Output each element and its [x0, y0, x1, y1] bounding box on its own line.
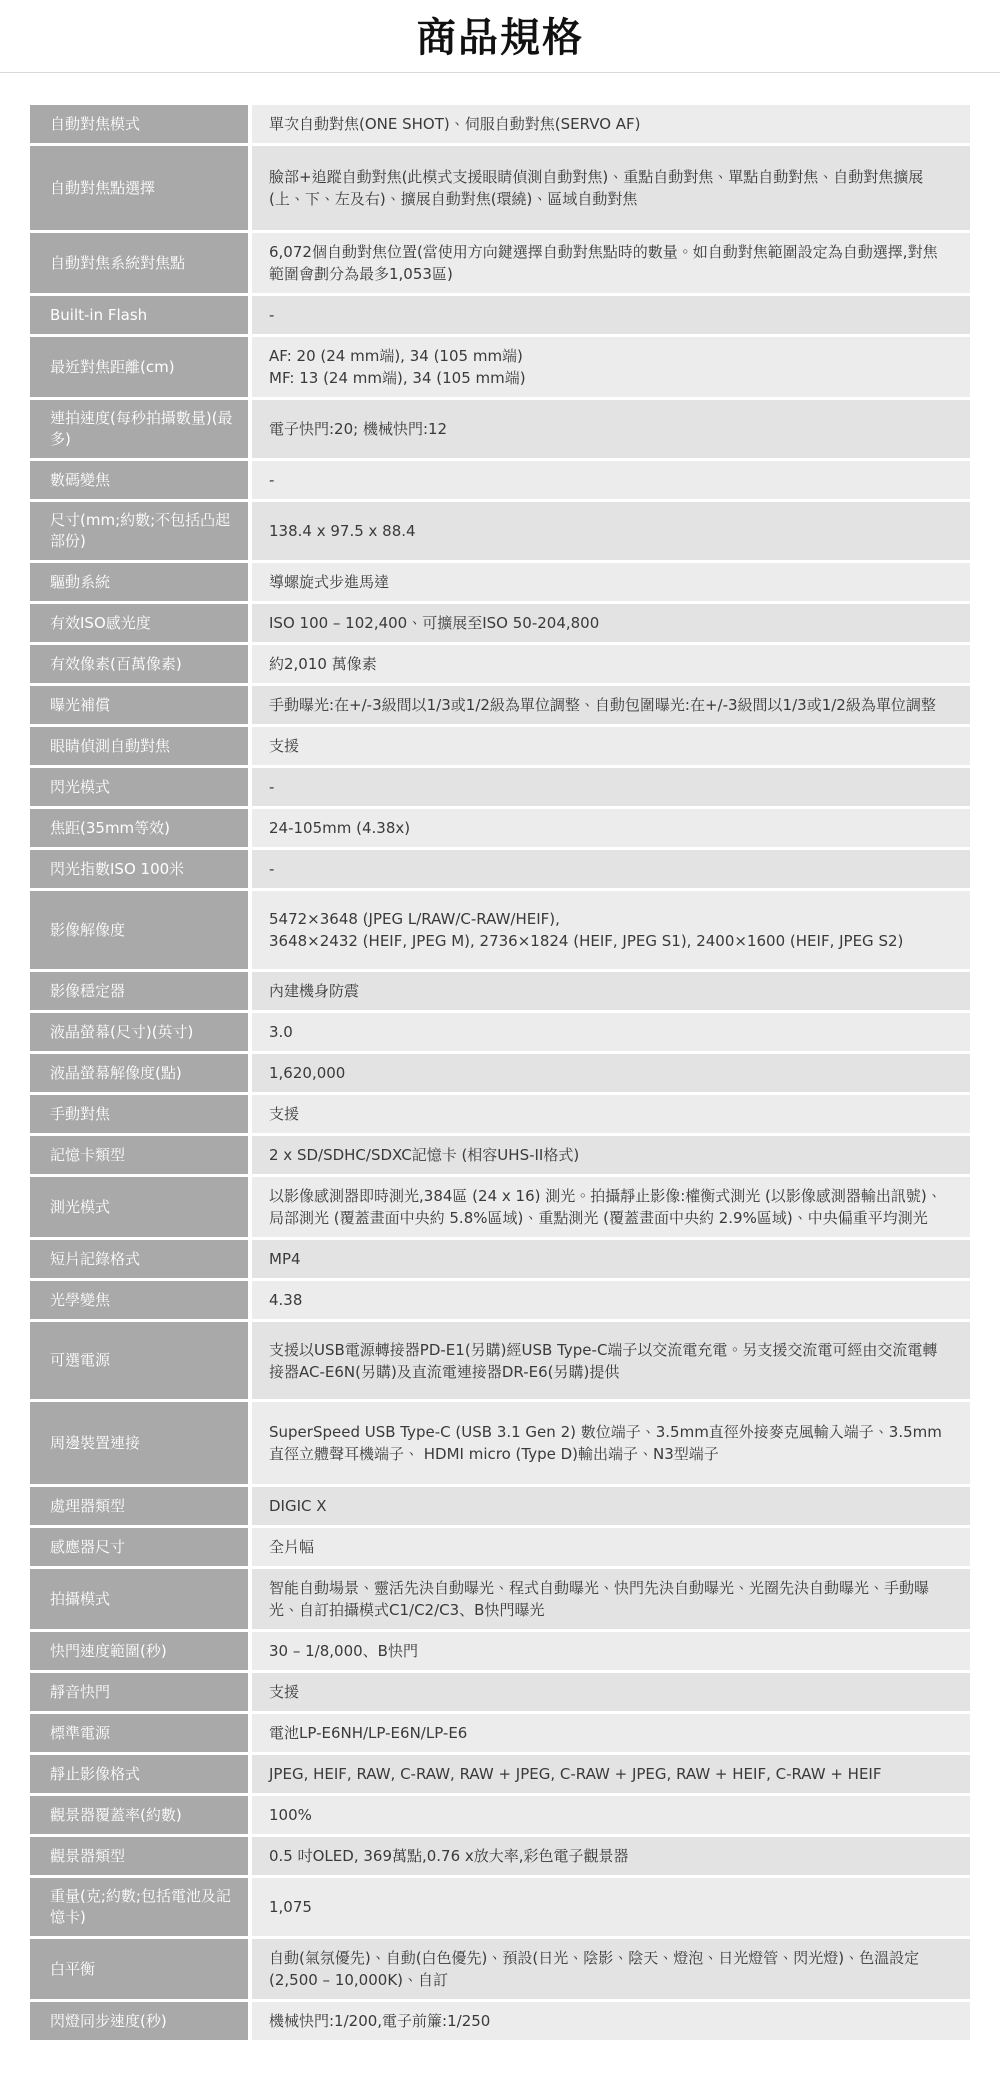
table-row: 驅動系統 導螺旋式步進馬達	[30, 563, 970, 601]
spec-value: -	[252, 461, 970, 499]
table-row: 拍攝模式 智能自動場景、靈活先決自動曝光、程式自動曝光、快門先決自動曝光、光圈先…	[30, 1569, 970, 1629]
spec-value: 機械快門:1/200,電子前簾:1/250	[252, 2002, 970, 2040]
table-row: 自動對焦系統對焦點 6,072個自動對焦位置(當使用方向鍵選擇自動對焦點時的數量…	[30, 233, 970, 293]
spec-value: 24-105mm (4.38x)	[252, 809, 970, 847]
table-row: 眼睛偵測自動對焦 支援	[30, 727, 970, 765]
spec-label: 連拍速度(每秒拍攝數量)(最多)	[30, 400, 248, 458]
spec-label: 閃燈同步速度(秒)	[30, 2002, 248, 2040]
table-row: 自動對焦模式 單次自動對焦(ONE SHOT)、伺服自動對焦(SERVO AF)	[30, 105, 970, 143]
spec-label: 標準電源	[30, 1714, 248, 1752]
table-row: Built-in Flash -	[30, 296, 970, 334]
table-row: 標準電源 電池LP-E6NH/LP-E6N/LP-E6	[30, 1714, 970, 1752]
table-row: 處理器類型 DIGIC X	[30, 1487, 970, 1525]
spec-value: 內建機身防震	[252, 972, 970, 1010]
spec-value: 導螺旋式步進馬達	[252, 563, 970, 601]
spec-value: AF: 20 (24 mm端), 34 (105 mm端) MF: 13 (24…	[252, 337, 970, 397]
table-row: 最近對焦距離(cm) AF: 20 (24 mm端), 34 (105 mm端)…	[30, 337, 970, 397]
table-row: 觀景器覆蓋率(約數) 100%	[30, 1796, 970, 1834]
spec-label: 影像解像度	[30, 891, 248, 969]
spec-label: 尺寸(mm;約數;不包括凸起部份)	[30, 502, 248, 560]
table-row: 閃光模式 -	[30, 768, 970, 806]
spec-value: ISO 100 – 102,400、可擴展至ISO 50-204,800	[252, 604, 970, 642]
spec-value: SuperSpeed USB Type-C (USB 3.1 Gen 2) 數位…	[252, 1402, 970, 1484]
spec-value: 3.0	[252, 1013, 970, 1051]
spec-value: 支援	[252, 1673, 970, 1711]
spec-value: 自動(氣氛優先)、自動(白色優先)、預設(日光、陰影、陰天、燈泡、日光燈管、閃光…	[252, 1939, 970, 1999]
spec-label: 液晶螢幕解像度(點)	[30, 1054, 248, 1092]
spec-value: 支援	[252, 1095, 970, 1133]
spec-value: JPEG, HEIF, RAW, C-RAW, RAW + JPEG, C-RA…	[252, 1755, 970, 1793]
spec-label: 靜音快門	[30, 1673, 248, 1711]
table-row: 液晶螢幕解像度(點) 1,620,000	[30, 1054, 970, 1092]
table-row: 快門速度範圍(秒) 30 – 1/8,000、B快門	[30, 1632, 970, 1670]
spec-label: 最近對焦距離(cm)	[30, 337, 248, 397]
table-row: 曝光補償 手動曝光:在+/-3級間以1/3或1/2級為單位調整、自動包圍曝光:在…	[30, 686, 970, 724]
spec-label: 測光模式	[30, 1177, 248, 1237]
table-row: 閃燈同步速度(秒) 機械快門:1/200,電子前簾:1/250	[30, 2002, 970, 2040]
table-row: 液晶螢幕(尺寸)(英寸) 3.0	[30, 1013, 970, 1051]
spec-value: 0.5 吋OLED, 369萬點,0.76 x放大率,彩色電子觀景器	[252, 1837, 970, 1875]
spec-value: 1,620,000	[252, 1054, 970, 1092]
spec-label: 影像穩定器	[30, 972, 248, 1010]
spec-value: -	[252, 850, 970, 888]
table-row: 影像解像度 5472×3648 (JPEG L/RAW/C-RAW/HEIF),…	[30, 891, 970, 969]
spec-label: 感應器尺寸	[30, 1528, 248, 1566]
spec-label: 數碼變焦	[30, 461, 248, 499]
spec-label: 拍攝模式	[30, 1569, 248, 1629]
spec-label: 重量(克;約數;包括電池及記憶卡)	[30, 1878, 248, 1936]
spec-label: 有效ISO感光度	[30, 604, 248, 642]
table-row: 連拍速度(每秒拍攝數量)(最多) 電子快門:20; 機械快門:12	[30, 400, 970, 458]
spec-label: 短片記錄格式	[30, 1240, 248, 1278]
table-row: 尺寸(mm;約數;不包括凸起部份) 138.4 x 97.5 x 88.4	[30, 502, 970, 560]
spec-label: 靜止影像格式	[30, 1755, 248, 1793]
spec-table: 自動對焦模式 單次自動對焦(ONE SHOT)、伺服自動對焦(SERVO AF)…	[30, 105, 970, 2040]
spec-label: 曝光補償	[30, 686, 248, 724]
spec-label: 觀景器覆蓋率(約數)	[30, 1796, 248, 1834]
spec-value: -	[252, 296, 970, 334]
page-title: 商品規格	[0, 16, 1000, 60]
spec-value: 100%	[252, 1796, 970, 1834]
spec-label: 處理器類型	[30, 1487, 248, 1525]
table-row: 靜音快門 支援	[30, 1673, 970, 1711]
spec-label: 閃光模式	[30, 768, 248, 806]
spec-label: 焦距(35mm等效)	[30, 809, 248, 847]
spec-label: 可選電源	[30, 1322, 248, 1399]
spec-value: 2 x SD/SDHC/SDXC記憶卡 (相容UHS-II格式)	[252, 1136, 970, 1174]
spec-label: 有效像素(百萬像素)	[30, 645, 248, 683]
spec-value: 4.38	[252, 1281, 970, 1319]
spec-value: -	[252, 768, 970, 806]
spec-value: 30 – 1/8,000、B快門	[252, 1632, 970, 1670]
spec-value: MP4	[252, 1240, 970, 1278]
spec-label: 驅動系統	[30, 563, 248, 601]
spec-label: 閃光指數ISO 100米	[30, 850, 248, 888]
table-row: 白平衡 自動(氣氛優先)、自動(白色優先)、預設(日光、陰影、陰天、燈泡、日光燈…	[30, 1939, 970, 1999]
table-row: 焦距(35mm等效) 24-105mm (4.38x)	[30, 809, 970, 847]
table-row: 重量(克;約數;包括電池及記憶卡) 1,075	[30, 1878, 970, 1936]
spec-label: 眼睛偵測自動對焦	[30, 727, 248, 765]
table-row: 短片記錄格式 MP4	[30, 1240, 970, 1278]
spec-value: 支援以USB電源轉接器PD-E1(另購)經USB Type-C端子以交流電充電。…	[252, 1322, 970, 1399]
spec-value: 電池LP-E6NH/LP-E6N/LP-E6	[252, 1714, 970, 1752]
table-row: 閃光指數ISO 100米 -	[30, 850, 970, 888]
spec-value: 以影像感測器即時測光,384區 (24 x 16) 測光。拍攝靜止影像:權衡式測…	[252, 1177, 970, 1237]
spec-label: 快門速度範圍(秒)	[30, 1632, 248, 1670]
table-row: 自動對焦點選擇 臉部+追蹤自動對焦(此模式支援眼睛偵測自動對焦)、重點自動對焦、…	[30, 146, 970, 230]
spec-label: 觀景器類型	[30, 1837, 248, 1875]
table-row: 數碼變焦 -	[30, 461, 970, 499]
spec-value: 智能自動場景、靈活先決自動曝光、程式自動曝光、快門先決自動曝光、光圈先決自動曝光…	[252, 1569, 970, 1629]
spec-value: 電子快門:20; 機械快門:12	[252, 400, 970, 458]
table-row: 感應器尺寸 全片幅	[30, 1528, 970, 1566]
spec-value: 約2,010 萬像素	[252, 645, 970, 683]
spec-value: 6,072個自動對焦位置(當使用方向鍵選擇自動對焦點時的數量。如自動對焦範圍設定…	[252, 233, 970, 293]
spec-value: 單次自動對焦(ONE SHOT)、伺服自動對焦(SERVO AF)	[252, 105, 970, 143]
spec-value: 138.4 x 97.5 x 88.4	[252, 502, 970, 560]
table-row: 有效像素(百萬像素) 約2,010 萬像素	[30, 645, 970, 683]
spec-value: 手動曝光:在+/-3級間以1/3或1/2級為單位調整、自動包圍曝光:在+/-3級…	[252, 686, 970, 724]
table-row: 觀景器類型 0.5 吋OLED, 369萬點,0.76 x放大率,彩色電子觀景器	[30, 1837, 970, 1875]
spec-label: 自動對焦系統對焦點	[30, 233, 248, 293]
spec-value: 支援	[252, 727, 970, 765]
spec-label: 自動對焦點選擇	[30, 146, 248, 230]
spec-label: 手動對焦	[30, 1095, 248, 1133]
spec-label: 自動對焦模式	[30, 105, 248, 143]
spec-label: 白平衡	[30, 1939, 248, 1999]
table-row: 可選電源 支援以USB電源轉接器PD-E1(另購)經USB Type-C端子以交…	[30, 1322, 970, 1399]
spec-value: DIGIC X	[252, 1487, 970, 1525]
spec-value: 1,075	[252, 1878, 970, 1936]
spec-label: 記憶卡類型	[30, 1136, 248, 1174]
spec-value: 臉部+追蹤自動對焦(此模式支援眼睛偵測自動對焦)、重點自動對焦、單點自動對焦、自…	[252, 146, 970, 230]
spec-label: 周邊裝置連接	[30, 1402, 248, 1484]
title-divider	[0, 72, 1000, 73]
table-row: 靜止影像格式 JPEG, HEIF, RAW, C-RAW, RAW + JPE…	[30, 1755, 970, 1793]
table-row: 手動對焦 支援	[30, 1095, 970, 1133]
table-row: 光學變焦 4.38	[30, 1281, 970, 1319]
table-row: 有效ISO感光度 ISO 100 – 102,400、可擴展至ISO 50-20…	[30, 604, 970, 642]
spec-label: 液晶螢幕(尺寸)(英寸)	[30, 1013, 248, 1051]
spec-label: Built-in Flash	[30, 296, 248, 334]
spec-label: 光學變焦	[30, 1281, 248, 1319]
spec-value: 全片幅	[252, 1528, 970, 1566]
table-row: 周邊裝置連接 SuperSpeed USB Type-C (USB 3.1 Ge…	[30, 1402, 970, 1484]
table-row: 影像穩定器 內建機身防震	[30, 972, 970, 1010]
table-row: 記憶卡類型 2 x SD/SDHC/SDXC記憶卡 (相容UHS-II格式)	[30, 1136, 970, 1174]
spec-value: 5472×3648 (JPEG L/RAW/C-RAW/HEIF), 3648×…	[252, 891, 970, 969]
table-row: 測光模式 以影像感測器即時測光,384區 (24 x 16) 測光。拍攝靜止影像…	[30, 1177, 970, 1237]
